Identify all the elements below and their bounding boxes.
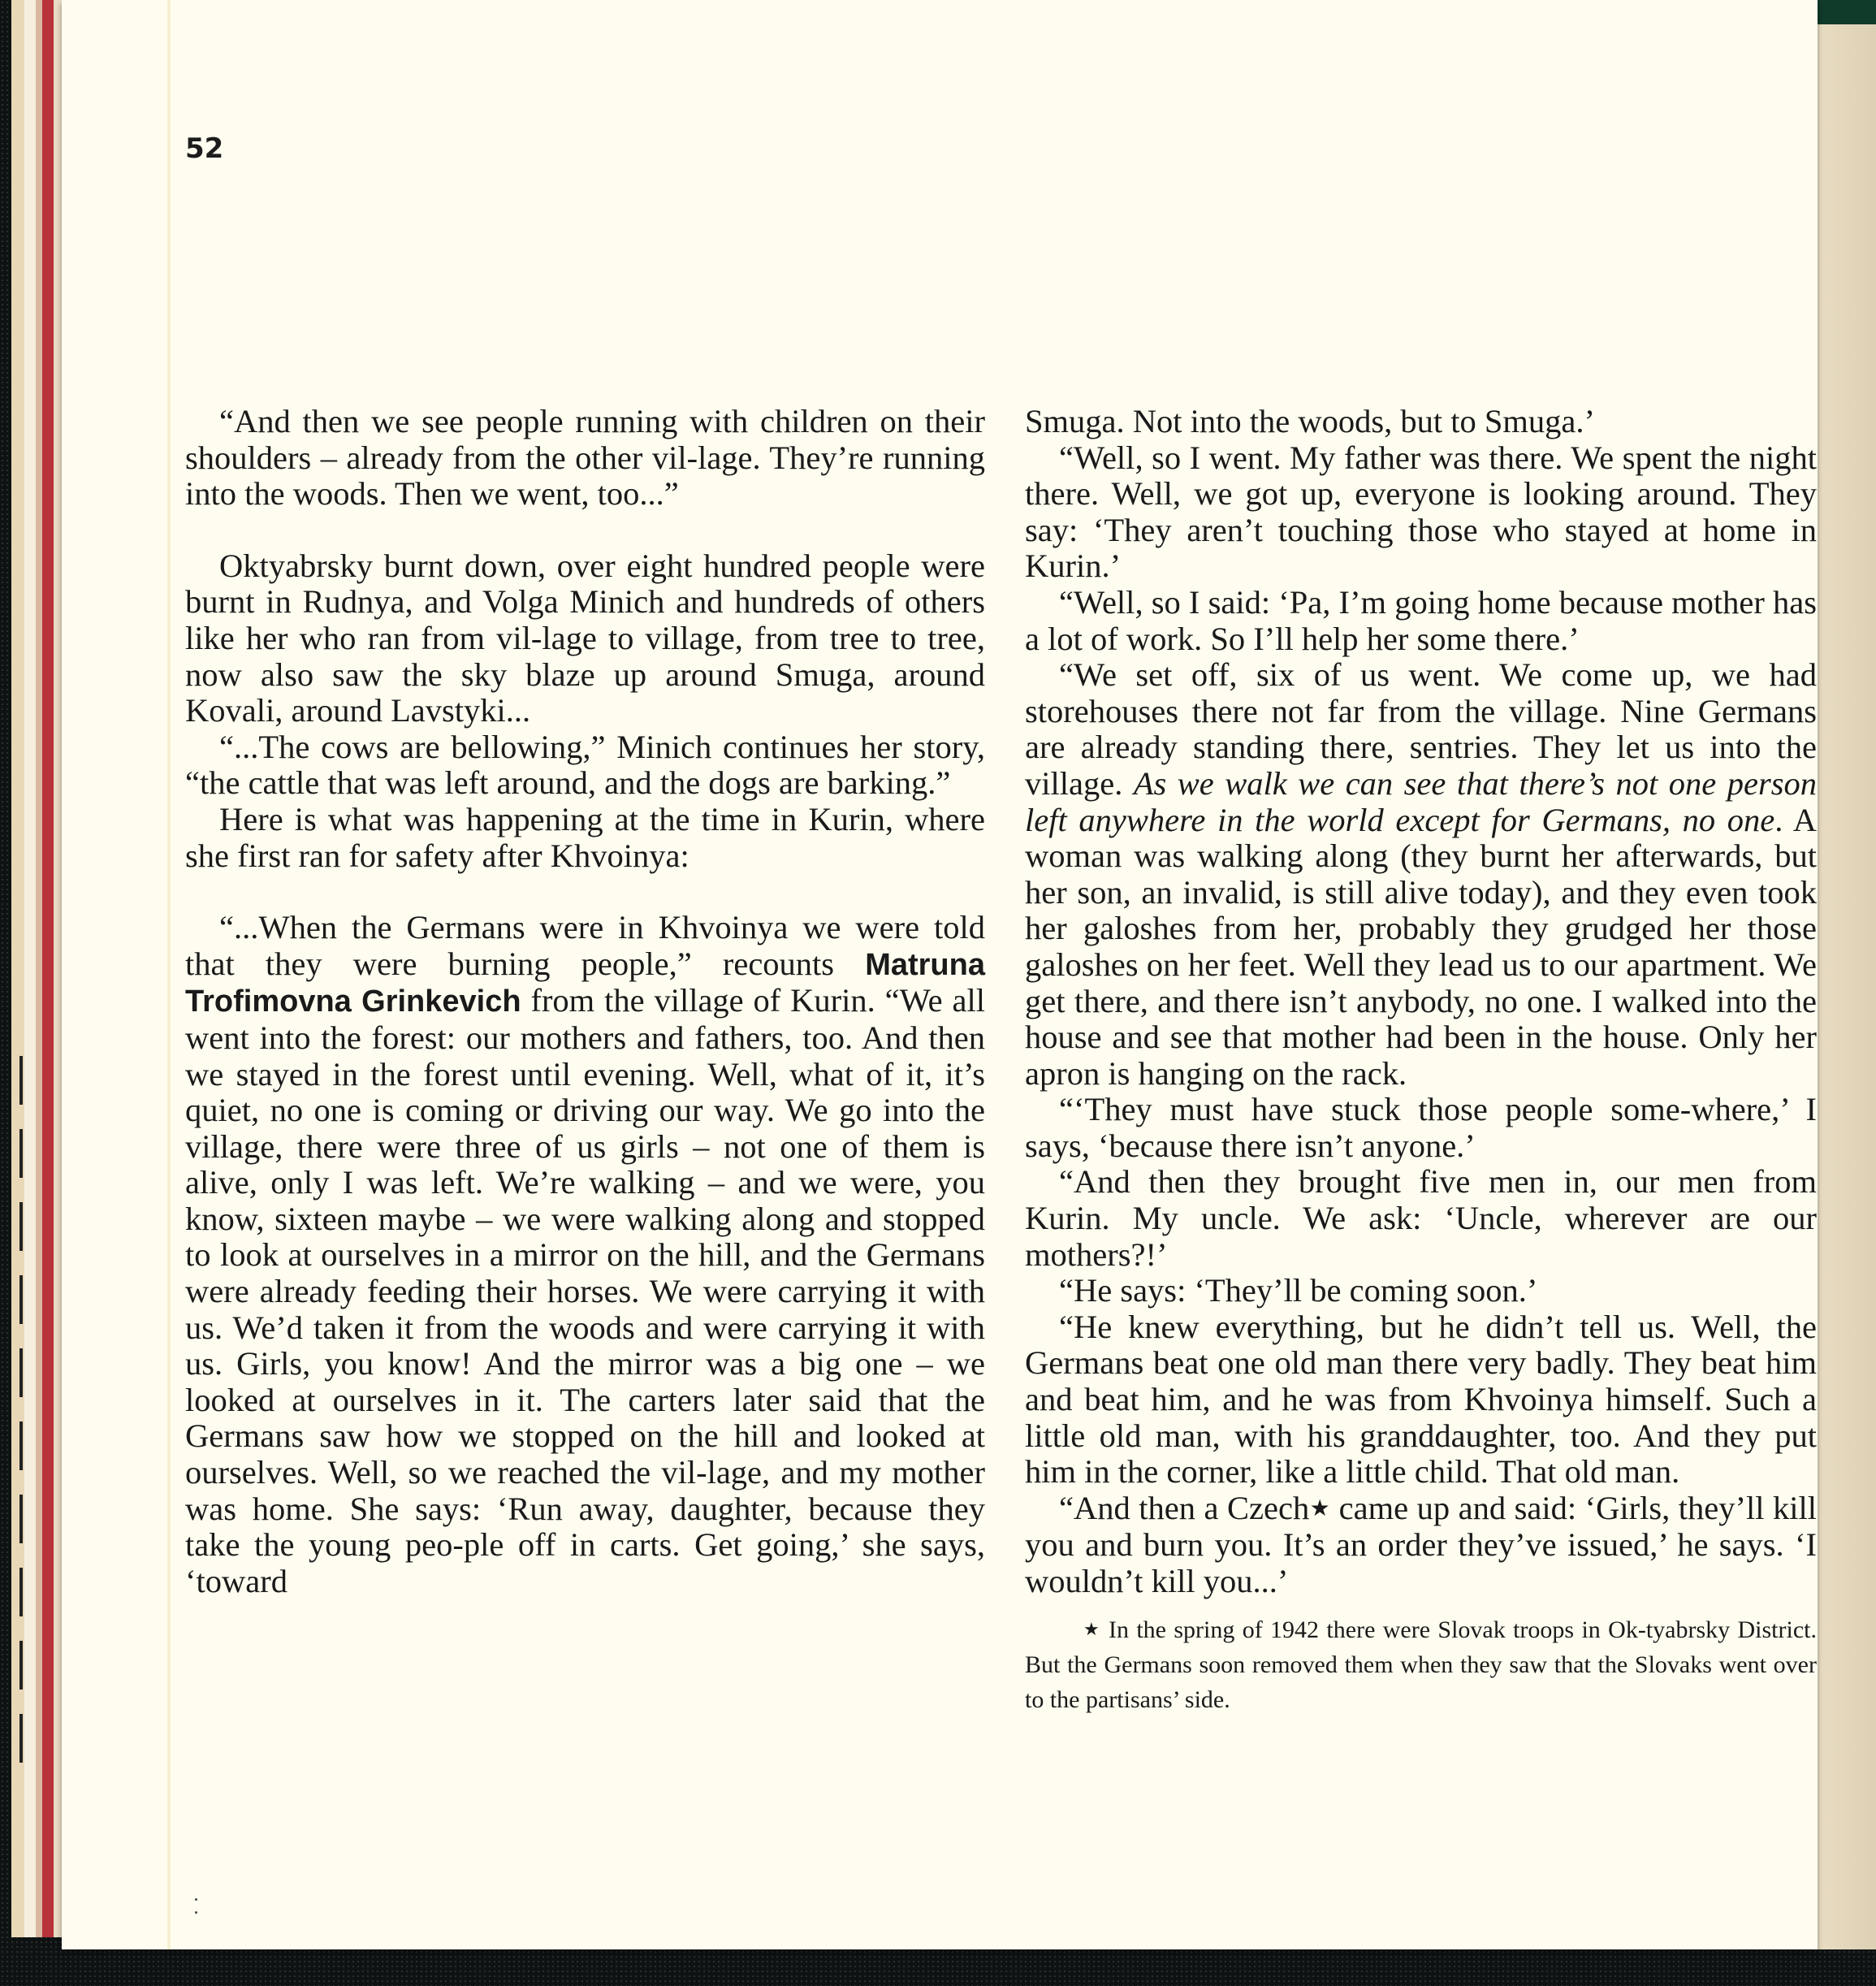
print-speck	[195, 1911, 197, 1914]
paragraph: Here is what was happening at the time i…	[185, 802, 985, 874]
text-run: from the village of Kurin. “We all went …	[185, 982, 985, 1599]
footnote: ★ In the spring of 1942 there were Slova…	[1025, 1612, 1817, 1717]
paragraph: “Well, so I went. My father was there. W…	[1025, 440, 1817, 585]
paragraph: Smuga. Not into the woods, but to Smuga.…	[1025, 404, 1817, 440]
italic-emphasis: As we walk we can see that there’s not o…	[1025, 765, 1817, 838]
paragraph: “...The cows are bellowing,” Minich cont…	[185, 729, 985, 802]
paragraph: “He says: ‘They’ll be coming soon.’	[1025, 1273, 1817, 1309]
paragraph: “We set off, six of us went. We come up,…	[1025, 657, 1817, 1092]
facing-page-edge	[1818, 24, 1876, 1949]
paragraph: Oktyabrsky burnt down, over eight hundre…	[185, 548, 985, 729]
paragraph: “And then a Czech★ came up and said: ‘Gi…	[1025, 1491, 1817, 1600]
text-run: “And then a Czech	[1059, 1490, 1309, 1526]
paragraph: “‘They must have stuck those people some…	[1025, 1092, 1817, 1164]
page-gutter	[167, 0, 171, 1949]
text-run: . A woman was walking along (they burnt …	[1025, 802, 1817, 1092]
paragraph: “And then they brought five men in, our …	[1025, 1164, 1817, 1273]
left-text-column: “And then we see people running with chi…	[185, 404, 985, 1599]
red-page-edge	[42, 0, 54, 1937]
footnote-star-icon: ★	[1083, 1619, 1101, 1639]
page-edge	[36, 0, 42, 1937]
paragraph: “Well, so I said: ‘Pa, I’m going home be…	[1025, 585, 1817, 657]
paragraph: “...When the Germans were in Khvoinya we…	[185, 910, 985, 1599]
cover-corner	[1811, 0, 1876, 28]
paragraph: “And then we see people running with chi…	[185, 404, 985, 513]
page-edge	[24, 0, 36, 1937]
footnote-text: In the spring of 1942 there were Slovak …	[1025, 1616, 1817, 1713]
page-edges	[0, 0, 65, 1937]
footnote-star-icon: ★	[1309, 1496, 1330, 1521]
paragraph: “He knew everything, but he didn’t tell …	[1025, 1309, 1817, 1491]
print-speck	[195, 1898, 197, 1901]
right-text-column: Smuga. Not into the woods, but to Smuga.…	[1025, 404, 1817, 1717]
page-number: 52	[185, 132, 223, 165]
edge-stitching	[19, 1056, 23, 1787]
